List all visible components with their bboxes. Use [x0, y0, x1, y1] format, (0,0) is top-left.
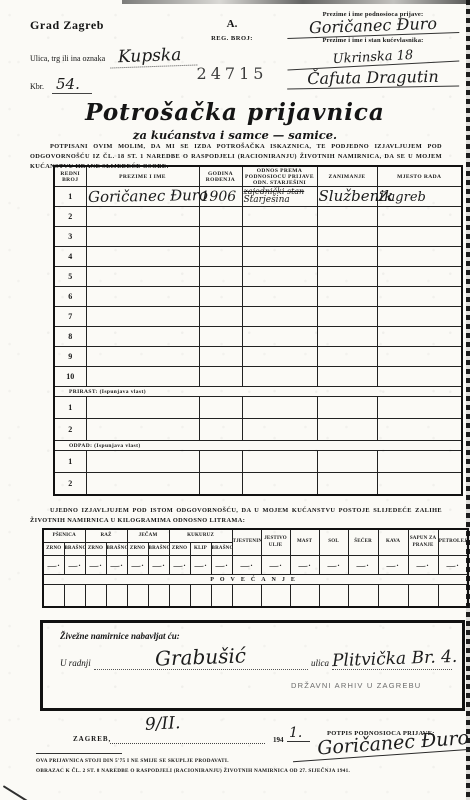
- supplies-table: PŠENICA RAŽ JEČAM KUKURUZ TJESTENINE JES…: [42, 528, 469, 608]
- odpad-band-cell: ODPAD: (Ispunjava vlast): [54, 441, 462, 451]
- cell-relation: [242, 367, 317, 387]
- prirast-band-row: PRIRAST: (Ispunjava vlast): [54, 387, 462, 397]
- handwritten-name: Goričanec Đuro: [87, 185, 207, 205]
- cell-workplace: [377, 419, 462, 441]
- stock-cell: —·: [211, 556, 232, 575]
- empty-cell: [348, 585, 378, 608]
- empty-cell: [211, 585, 232, 608]
- cell-workplace: [377, 287, 462, 307]
- shop-radnji-label: U radnji: [60, 658, 91, 670]
- empty-cell: [190, 585, 211, 608]
- table-row: 2: [54, 207, 462, 227]
- prirast-band-cell: PRIRAST: (Ispunjava vlast): [54, 387, 462, 397]
- cell-workplace: [377, 347, 462, 367]
- row-number: 2: [54, 473, 86, 495]
- sub-brasno: BRAŠNO: [64, 543, 85, 556]
- prirast-label: PRIRAST:: [69, 389, 98, 395]
- stock-cell: —·: [127, 556, 148, 575]
- footer-line-price: OVA PRIJAVNICA STOJI DIN 5'75 I NE SMIJE…: [36, 757, 376, 767]
- handwritten-dash: —·: [386, 561, 400, 573]
- prirast-note: (Ispunjava vlast): [100, 389, 146, 395]
- table-row: 9: [54, 347, 462, 367]
- odpad-row: 2: [54, 473, 462, 495]
- povecanje-label: POVEĆANJE: [43, 575, 468, 585]
- cell-occupation: [317, 327, 377, 347]
- sub-zrno: ZRNO: [85, 543, 106, 556]
- group-sapun: SAPUN ZA PRANJE: [408, 529, 438, 556]
- house-number-label: Kbr.: [30, 82, 44, 91]
- group-psenica: PŠENICA: [43, 529, 85, 543]
- cell-workplace: [377, 307, 462, 327]
- handwritten-dash: —·: [327, 561, 341, 573]
- cell-year: [199, 227, 242, 247]
- section-letter: A.: [196, 18, 268, 30]
- row-number: 7: [54, 307, 86, 327]
- group-mast: MAST: [290, 529, 319, 556]
- persons-table: REDNI BROJ PREZIME I IME GODINA ROĐENJA …: [53, 165, 463, 496]
- stock-cell: —·: [232, 556, 261, 575]
- handwritten-shop-street: Plitvička Br. 4.: [332, 647, 458, 671]
- cell-relation: [242, 327, 317, 347]
- cell-workplace: Zagreb: [377, 187, 462, 207]
- table-row: 10: [54, 367, 462, 387]
- group-kava: KAVA: [378, 529, 408, 556]
- cell-occupation: [317, 347, 377, 367]
- cell-occupation: [317, 307, 377, 327]
- group-kukuruz: KUKURUZ: [169, 529, 232, 543]
- table-row: 7: [54, 307, 462, 327]
- cell-occupation: [317, 451, 377, 473]
- table-row: 5: [54, 267, 462, 287]
- cell-occupation: [317, 367, 377, 387]
- house-number-handwritten-value: 54.: [52, 75, 92, 94]
- cell-name: [86, 419, 199, 441]
- stock-cell: —·: [438, 556, 468, 575]
- group-secer: ŠEĆER: [348, 529, 378, 556]
- odpad-row: 1: [54, 451, 462, 473]
- group-sol: SOL: [319, 529, 348, 556]
- handwritten-dash: —·: [47, 561, 61, 573]
- stock-cell: —·: [319, 556, 348, 575]
- row-number: 1: [54, 187, 86, 207]
- handwritten-relation: Starješina: [244, 196, 316, 205]
- stock-cell: —·: [408, 556, 438, 575]
- stock-cell: —·: [348, 556, 378, 575]
- cell-workplace: [377, 327, 462, 347]
- cell-workplace: [377, 227, 462, 247]
- odpad-label: ODPAD:: [69, 443, 92, 449]
- persons-header-row: REDNI BROJ PREZIME I IME GODINA ROĐENJA …: [54, 166, 462, 187]
- handwritten-dash: —·: [194, 561, 208, 573]
- group-jestivo-ulje: JESTIVO ULJE: [261, 529, 290, 556]
- stock-cell: —·: [106, 556, 127, 575]
- cell-year: [199, 347, 242, 367]
- signature-city-label: ZAGREB,: [73, 735, 111, 743]
- handwritten-dash: —·: [131, 561, 145, 573]
- cell-year: [199, 327, 242, 347]
- supplies-declaration-paragraph: UJEDNO IZJAVLJUJEM POD ISTOM ODGOVORNOŠĆ…: [30, 506, 442, 526]
- sub-zrno: ZRNO: [169, 543, 190, 556]
- scan-smudge-artifact: [122, 0, 470, 4]
- handwritten-dash: —·: [215, 561, 229, 573]
- cell-workplace: [377, 367, 462, 387]
- cell-year: [199, 451, 242, 473]
- cell-occupation: [317, 287, 377, 307]
- cell-relation: [242, 419, 317, 441]
- shop-name-field: Grabušić: [94, 645, 308, 670]
- cell-year: [199, 419, 242, 441]
- cell-year: [199, 367, 242, 387]
- cell-workplace: [377, 247, 462, 267]
- handwritten-dash: —·: [240, 561, 254, 573]
- row-number: 6: [54, 287, 86, 307]
- archive-stamp: DRŽAVNI ARHIV U ZAGREBU: [291, 681, 421, 690]
- shop-intro-label: Živežne namirnice nabavljat ću:: [60, 631, 180, 641]
- cell-workplace: [377, 451, 462, 473]
- odpad-note: (Ispunjava vlast): [94, 443, 140, 449]
- row-number: 5: [54, 267, 86, 287]
- cell-name: [86, 227, 199, 247]
- header-right: Prezime i ime podnosioca prijave: Goriča…: [287, 10, 459, 88]
- sub-brasno: BRAŠNO: [148, 543, 169, 556]
- cell-name: [86, 327, 199, 347]
- empty-cell: [127, 585, 148, 608]
- empty-cell: [319, 585, 348, 608]
- header-center: A. REG. BROJ: 24715: [196, 18, 268, 83]
- shop-street-field: Plitvička Br. 4.: [332, 649, 452, 670]
- cell-occupation: [317, 247, 377, 267]
- cell-name: [86, 207, 199, 227]
- cell-workplace: [377, 397, 462, 419]
- cell-workplace: [377, 473, 462, 495]
- sub-klip: KLIP: [190, 543, 211, 556]
- cell-name: [86, 307, 199, 327]
- sub-brasno: BRAŠNO: [211, 543, 232, 556]
- cell-name: [86, 473, 199, 495]
- cell-name: [86, 397, 199, 419]
- cell-occupation: [317, 207, 377, 227]
- shop-line: U radnji Grabušić ulica Plitvička Br. 4.: [60, 645, 452, 670]
- row-number: 2: [54, 419, 86, 441]
- stock-cell: —·: [85, 556, 106, 575]
- empty-cell: [378, 585, 408, 608]
- povecanje-values-row: [43, 585, 468, 608]
- stock-cell: —·: [378, 556, 408, 575]
- handwritten-dash: —·: [356, 561, 370, 573]
- cell-relation: [242, 247, 317, 267]
- cell-year: [199, 473, 242, 495]
- cell-occupation: [317, 267, 377, 287]
- cell-relation: [242, 207, 317, 227]
- empty-cell: [106, 585, 127, 608]
- cell-name: [86, 287, 199, 307]
- handwritten-dash: —·: [152, 561, 166, 573]
- cell-name: Goričanec Đuro: [86, 187, 199, 207]
- table-row: 8: [54, 327, 462, 347]
- cell-occupation: Službenik: [317, 187, 377, 207]
- row-number: 10: [54, 367, 86, 387]
- street-label: Ulica, trg ili ina oznaka: [30, 54, 105, 63]
- prirast-row: 2: [54, 419, 462, 441]
- col-header-godina-rodjenja: GODINA ROĐENJA: [199, 166, 242, 187]
- cell-relation: [242, 451, 317, 473]
- table-row: 3: [54, 227, 462, 247]
- handwritten-dash: —·: [269, 561, 283, 573]
- group-raz: RAŽ: [85, 529, 127, 543]
- povecanje-row: POVEĆANJE: [43, 575, 468, 585]
- date-dotted-line: [110, 743, 265, 744]
- table-row: 4: [54, 247, 462, 267]
- street-handwritten-value: Kupska: [110, 44, 198, 68]
- cell-relation: [242, 347, 317, 367]
- cell-name: [86, 347, 199, 367]
- table-row: 6: [54, 287, 462, 307]
- row-number: 2: [54, 207, 86, 227]
- empty-cell: [85, 585, 106, 608]
- form-subtitle: za kućanstva i samce — samice.: [0, 128, 470, 142]
- group-tjestenine: TJESTENINE: [232, 529, 261, 556]
- table-row: 1 Goričanec Đuro 1906 zajednički stanSta…: [54, 187, 462, 207]
- registry-number-label: REG. BROJ:: [196, 35, 268, 42]
- scanned-form-page: Grad Zagreb Ulica, trg ili ina oznakaKup…: [0, 0, 470, 800]
- cell-name: [86, 247, 199, 267]
- sub-brasno: BRAŠNO: [106, 543, 127, 556]
- cell-relation: [242, 473, 317, 495]
- odpad-band-row: ODPAD: (Ispunjava vlast): [54, 441, 462, 451]
- sub-zrno: ZRNO: [127, 543, 148, 556]
- cell-year: [199, 287, 242, 307]
- footer-rule: [36, 753, 122, 754]
- cell-year: [199, 397, 242, 419]
- cell-relation: [242, 287, 317, 307]
- row-number: 3: [54, 227, 86, 247]
- prirast-row: 1: [54, 397, 462, 419]
- cell-name: [86, 367, 199, 387]
- handwritten-dash: —·: [89, 561, 103, 573]
- empty-cell: [261, 585, 290, 608]
- cell-occupation: [317, 473, 377, 495]
- cell-name: [86, 267, 199, 287]
- handwritten-date: 9/II.: [145, 713, 181, 735]
- cell-year: [199, 307, 242, 327]
- handwritten-shop-name: Grabušić: [155, 643, 247, 670]
- stock-cell: —·: [169, 556, 190, 575]
- shop-ulica-label: ulica: [311, 658, 329, 670]
- sub-zrno: ZRNO: [43, 543, 64, 556]
- empty-cell: [43, 585, 64, 608]
- stock-cell: —·: [64, 556, 85, 575]
- cell-occupation: [317, 419, 377, 441]
- group-jecam: JEČAM: [127, 529, 169, 543]
- stock-cell: —·: [190, 556, 211, 575]
- scan-pen-stroke-artifact: [3, 785, 30, 800]
- empty-cell: [64, 585, 85, 608]
- row-number: 4: [54, 247, 86, 267]
- cell-occupation: [317, 397, 377, 419]
- cell-year: [199, 267, 242, 287]
- footer-line-form-ref: OBRAZAC K ČL. 2 ST. 8 NAREDBE O RASPODJE…: [36, 767, 376, 777]
- empty-cell: [290, 585, 319, 608]
- col-header-mjesto-rada: MJESTO RADA: [377, 166, 462, 187]
- form-title: Potrošačka prijavnica: [0, 99, 470, 126]
- cell-year: [199, 207, 242, 227]
- stock-cell: —·: [148, 556, 169, 575]
- handwritten-dash: —·: [298, 561, 312, 573]
- col-header-odnos: ODNOS PREMA PODNOSIOCU PRIJAVE ODN. STAR…: [242, 166, 317, 187]
- handwritten-dash: —·: [446, 561, 460, 573]
- stock-cell: —·: [43, 556, 64, 575]
- row-number: 1: [54, 451, 86, 473]
- empty-cell: [408, 585, 438, 608]
- empty-cell: [438, 585, 468, 608]
- handwritten-workplace: Zagreb: [379, 190, 426, 205]
- shop-box: Živežne namirnice nabavljat ću: U radnji…: [40, 620, 465, 711]
- row-number: 9: [54, 347, 86, 367]
- col-header-redni-broj: REDNI BROJ: [54, 166, 86, 187]
- handwritten-dash: —·: [68, 561, 82, 573]
- cell-workplace: [377, 207, 462, 227]
- cell-name: [86, 451, 199, 473]
- cell-relation: zajednički stanStarješina: [242, 187, 317, 207]
- cell-year: [199, 247, 242, 267]
- empty-cell: [169, 585, 190, 608]
- row-number: 8: [54, 327, 86, 347]
- stock-cell: —·: [261, 556, 290, 575]
- col-header-zanimanje: ZANIMANJE: [317, 166, 377, 187]
- landlord-handwritten-name: Čafuta Dragutin: [287, 67, 459, 90]
- row-number: 1: [54, 397, 86, 419]
- cell-workplace: [377, 267, 462, 287]
- supplies-values-row: —· —· —· —· —· —· —· —· —· —· —· —· —· —…: [43, 556, 468, 575]
- registry-number-stamp: 24715: [196, 64, 268, 83]
- cell-relation: [242, 227, 317, 247]
- empty-cell: [148, 585, 169, 608]
- handwritten-dash: —·: [110, 561, 124, 573]
- stock-cell: —·: [290, 556, 319, 575]
- cell-relation: [242, 267, 317, 287]
- handwritten-dash: —·: [173, 561, 187, 573]
- footer: OVA PRIJAVNICA STOJI DIN 5'75 I NE SMIJE…: [36, 753, 376, 777]
- empty-cell: [232, 585, 261, 608]
- col-header-prezime-ime: PREZIME I IME: [86, 166, 199, 187]
- supplies-group-header-row: PŠENICA RAŽ JEČAM KUKURUZ TJESTENINE JES…: [43, 529, 468, 543]
- cell-occupation: [317, 227, 377, 247]
- printed-year-prefix: 194: [273, 736, 284, 744]
- cell-relation: [242, 397, 317, 419]
- group-petrolej: PETROLEJ: [438, 529, 468, 556]
- handwritten-dash: —·: [416, 561, 430, 573]
- cell-relation: [242, 307, 317, 327]
